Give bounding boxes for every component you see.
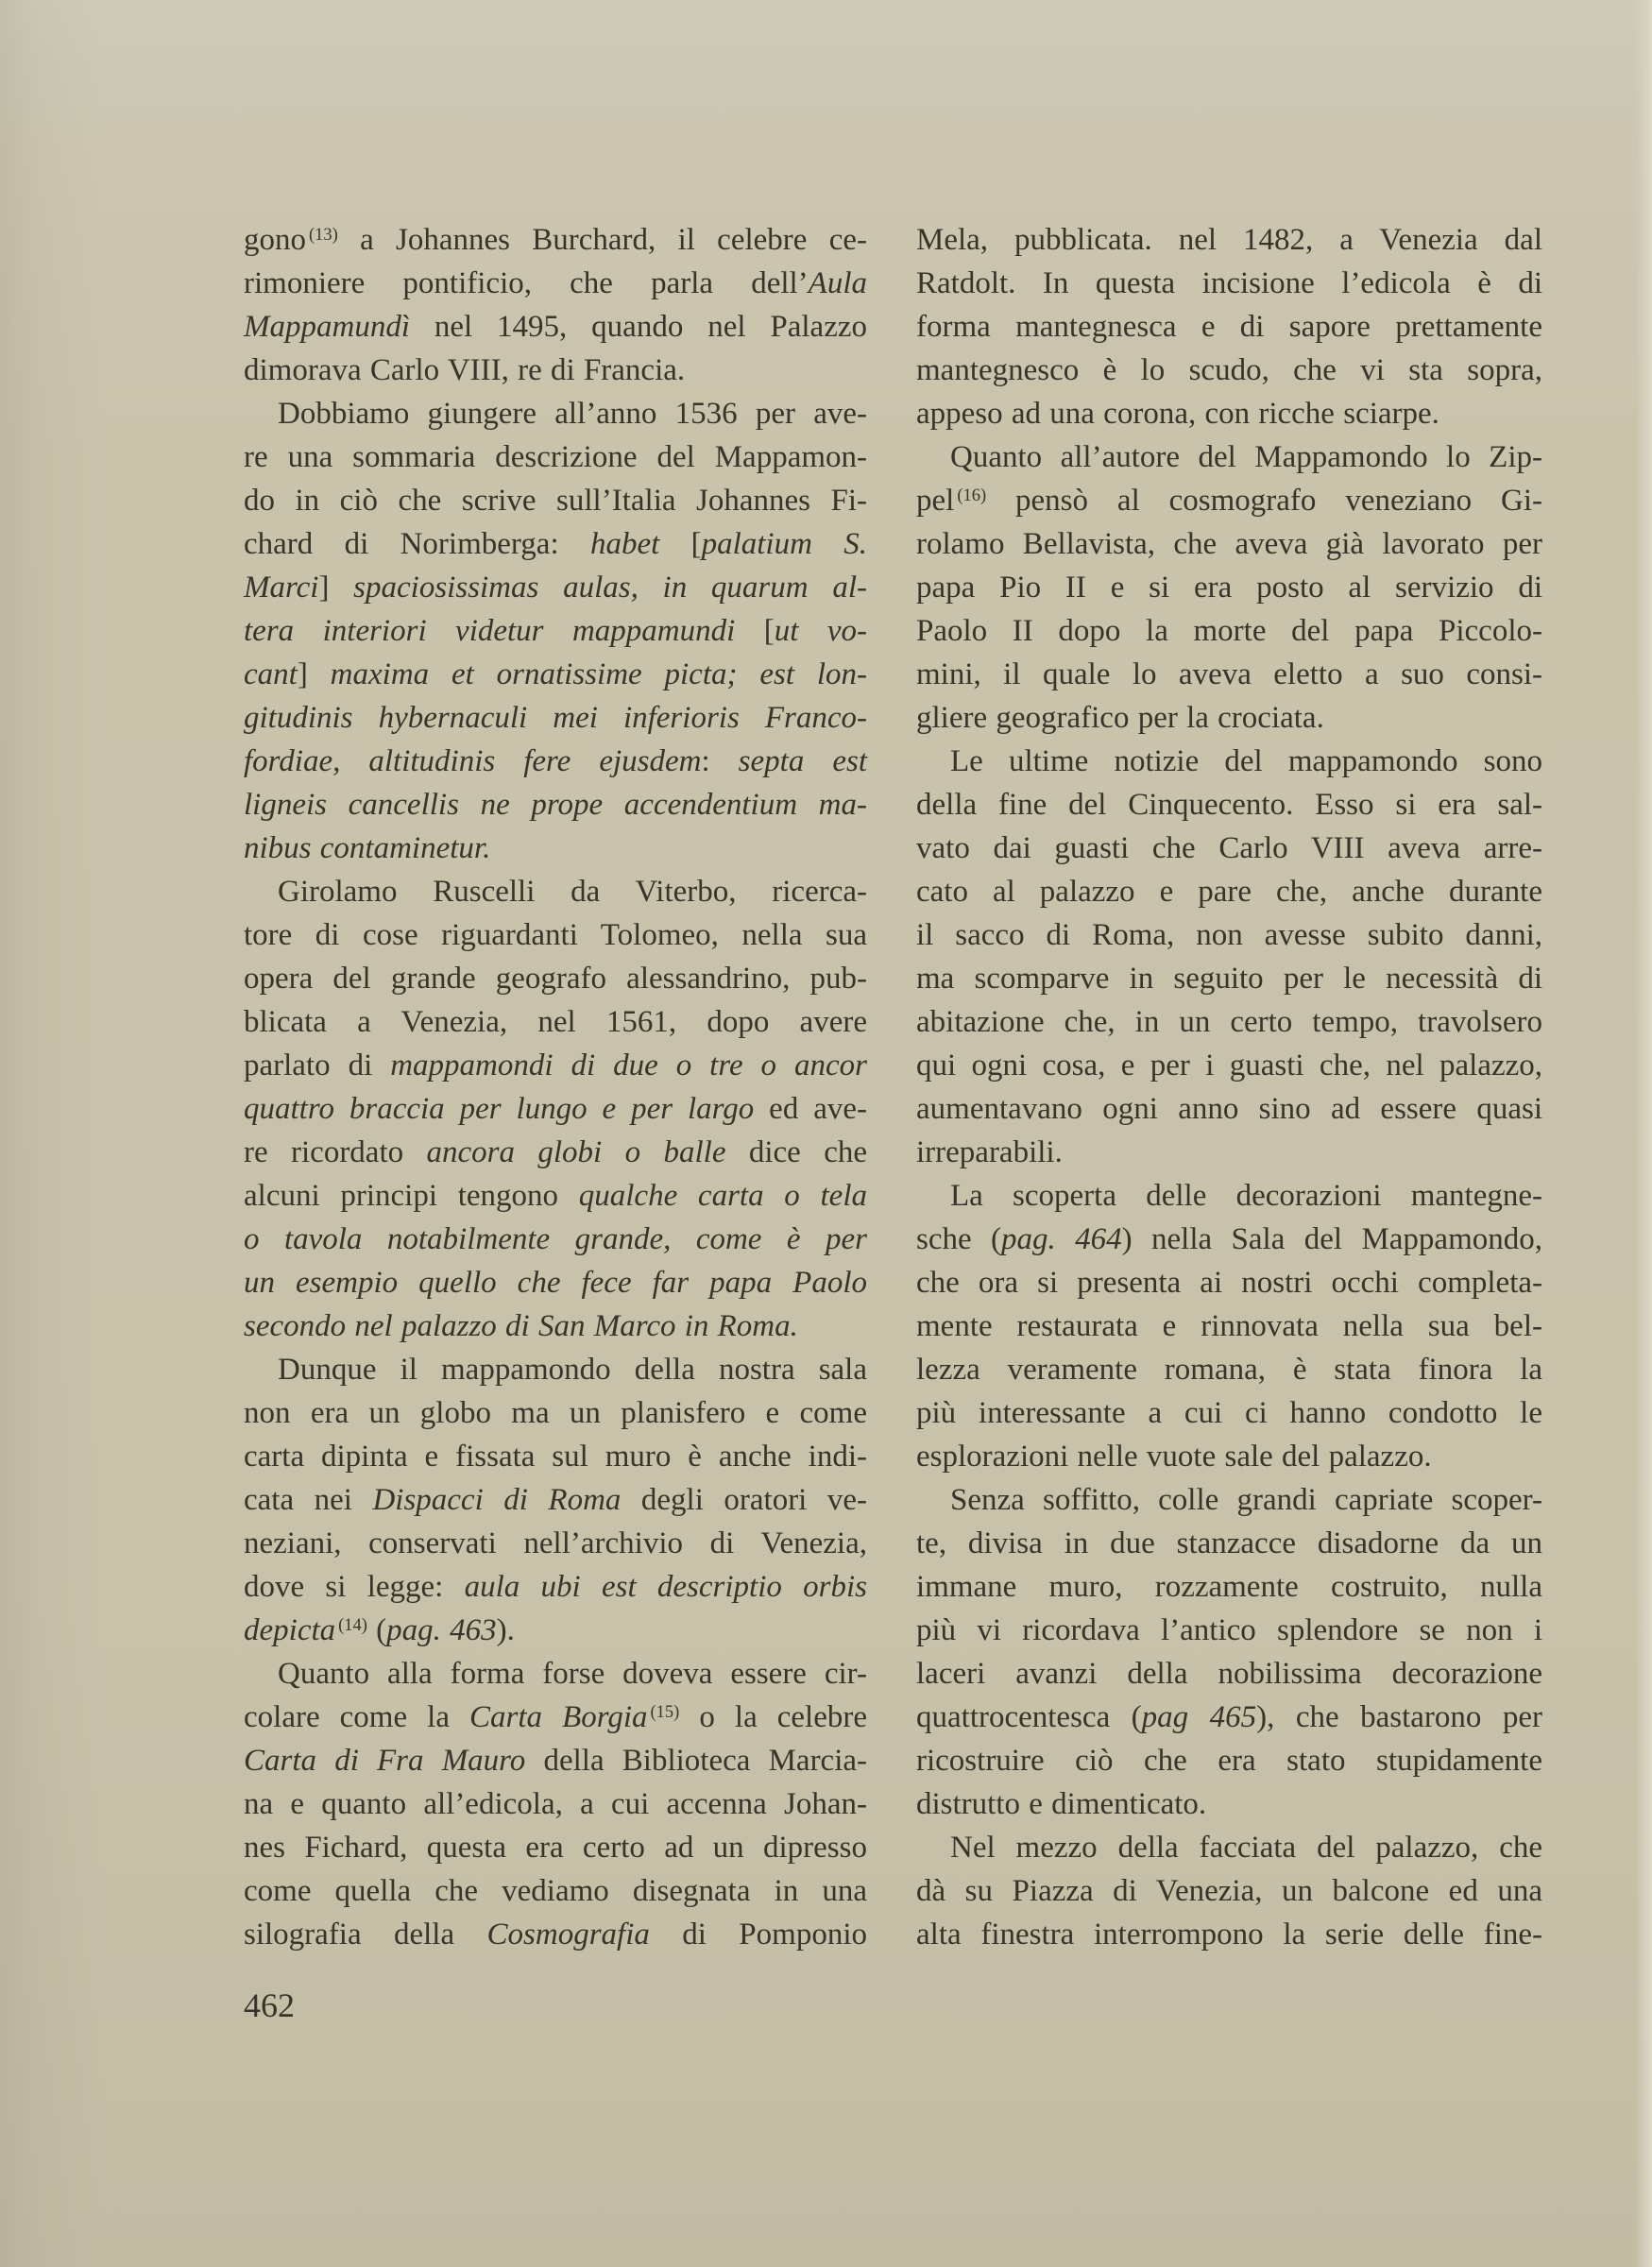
text-line: te, divisa in due stanzacce disadorne da… — [916, 1522, 1542, 1565]
body-text: lezza veramente romana, è stata finora l… — [916, 1353, 1542, 1387]
text-line: mente restaurata e rinnovata nella sua b… — [916, 1304, 1542, 1348]
body-text: re ricordato — [244, 1135, 427, 1169]
text-line: che ora si presenta ai nostri occhi comp… — [916, 1261, 1542, 1304]
text-line: Nel mezzo della facciata del palazzo, ch… — [916, 1826, 1542, 1869]
text-line: Quanto alla forma forse doveva essere ci… — [244, 1652, 867, 1696]
body-text: ). — [497, 1613, 515, 1647]
italic-text: Aula — [809, 266, 867, 300]
text-line: neziani, conservati nell’archivio di Ven… — [244, 1522, 867, 1565]
text-line: fordiae, altitudinis fere ejusdem: septa… — [244, 740, 867, 783]
body-text: neziani, conservati nell’archivio di Ven… — [244, 1526, 867, 1560]
italic-text: Carta di Fra Mauro — [244, 1744, 525, 1778]
italic-text: septa est — [739, 744, 867, 778]
text-line: carta dipinta e fissata sul muro è anche… — [244, 1435, 867, 1478]
italic-text: pag 465 — [1142, 1700, 1256, 1734]
body-text: cato al palazzo e pare che, anche durant… — [916, 875, 1542, 909]
text-line: cata nei Dispacci di Roma degli oratori … — [244, 1478, 867, 1522]
text-line: alta finestra interrompono la serie dell… — [916, 1913, 1542, 1956]
text-line: depicta(14) (pag. 463). — [244, 1609, 867, 1652]
text-line: re ricordato ancora globi o balle dice c… — [244, 1131, 867, 1174]
body-text: pel — [916, 484, 954, 518]
text-column-right: Mela, pubblicata. nel 1482, a Venezia da… — [916, 218, 1542, 1956]
italic-text: fordiae, altitudinis fere ejusdem — [244, 744, 701, 778]
body-text: ma scomparve in seguito per le necessità… — [916, 962, 1542, 996]
body-text: rolamo Bellavista, che aveva già lavorat… — [916, 527, 1542, 561]
body-text: dove si legge: — [244, 1570, 465, 1604]
body-text: dice che — [725, 1135, 867, 1169]
body-text: alta finestra interrompono la serie dell… — [916, 1918, 1542, 1952]
text-line: quattro braccia per lungo e per largo ed… — [244, 1087, 867, 1131]
body-text: tore di cose riguardanti Tolomeo, nella … — [244, 918, 867, 952]
text-line: tera interiori videtur mappamundi [ut vo… — [244, 609, 867, 653]
italic-text: Carta Borgia — [469, 1700, 648, 1734]
italic-text: cant — [244, 657, 298, 691]
body-text: ricostruire ciò che era stato stupidamen… — [916, 1744, 1542, 1778]
body-text: Ratdolt. In questa incisione l’edicola è… — [916, 266, 1542, 300]
text-line: non era un globo ma un planisfero e come — [244, 1391, 867, 1435]
body-text: ), che bastarono per — [1256, 1700, 1542, 1734]
text-line: quattrocentesca (pag 465), che bastarono… — [916, 1696, 1542, 1739]
text-line: na e quanto all’edicola, a cui accenna J… — [244, 1782, 867, 1826]
page-number: 462 — [244, 1984, 295, 2027]
text-line: dimorava Carlo VIII, re di Francia. — [244, 349, 867, 392]
text-line: papa Pio II e si era posto al servizio d… — [916, 566, 1542, 609]
body-text: immane muro, rozzamente costruito, nulla — [916, 1570, 1542, 1604]
footnote-marker: (14) — [338, 1615, 367, 1634]
text-line: La scoperta delle decorazioni mantegne- — [916, 1174, 1542, 1218]
body-text: a Johannes Burchard, il celebre ce- — [338, 223, 867, 257]
text-line: Senza soffitto, colle grandi capriate sc… — [916, 1478, 1542, 1522]
text-line: parlato di mappamondi di due o tre o anc… — [244, 1044, 867, 1087]
body-text: degli oratori ve- — [621, 1483, 867, 1517]
body-text: La scoperta delle decorazioni mantegne- — [950, 1179, 1542, 1213]
body-text: che ora si presenta ai nostri occhi comp… — [916, 1266, 1542, 1300]
body-text: Dobbiamo giungere all’anno 1536 per ave- — [278, 397, 867, 431]
text-line: ligneis cancellis ne prope accendentium … — [244, 783, 867, 827]
italic-text: Dispacci di Roma — [372, 1483, 621, 1517]
italic-text: mappamondi di due o tre o ancor — [390, 1048, 867, 1082]
body-text: Mela, pubblicata. nel 1482, a Venezia da… — [916, 223, 1542, 257]
text-line: blicata a Venezia, nel 1561, dopo avere — [244, 1000, 867, 1044]
body-text: più interessante a cui ci hanno condotto… — [916, 1396, 1542, 1430]
italic-text: qualche carta o tela — [579, 1179, 867, 1213]
italic-text: maxima et ornatissime picta; est lon- — [331, 657, 867, 691]
body-text: come quella che vediamo disegnata in una — [244, 1874, 867, 1908]
text-line: mini, il quale lo aveva eletto a suo con… — [916, 653, 1542, 696]
text-line: esplorazioni nelle vuote sale del palazz… — [916, 1435, 1542, 1478]
italic-text: un esempio quello che fece far papa Paol… — [244, 1266, 867, 1300]
body-text: na e quanto all’edicola, a cui accenna J… — [244, 1787, 867, 1821]
body-text: abitazione che, in un certo tempo, travo… — [916, 1005, 1542, 1039]
text-line: vato dai guasti che Carlo VIII aveva arr… — [916, 827, 1542, 870]
text-line: dove si legge: aula ubi est descriptio o… — [244, 1565, 867, 1609]
body-text: papa Pio II e si era posto al servizio d… — [916, 571, 1542, 605]
italic-text: spaciosissimas aulas, in quarum al- — [353, 571, 867, 605]
text-line: gliere geografico per la crociata. — [916, 696, 1542, 740]
body-text: aumentavano ogni anno sino ad essere qua… — [916, 1092, 1542, 1126]
body-text: alcuni principi tengono — [244, 1179, 579, 1213]
body-text: parlato di — [244, 1048, 390, 1082]
italic-text: gitudinis hybernaculi mei inferioris Fra… — [244, 701, 867, 735]
body-text: gliere geografico per la crociata. — [916, 701, 1324, 735]
italic-text: nibus contaminetur. — [244, 831, 490, 865]
text-line: della fine del Cinquecento. Esso si era … — [916, 783, 1542, 827]
text-line: ricostruire ciò che era stato stupidamen… — [916, 1739, 1542, 1782]
italic-text: aula ubi est descriptio orbis — [465, 1570, 867, 1604]
text-line: Quanto all’autore del Mappamondo lo Zip- — [916, 435, 1542, 479]
italic-text: ancora globi o balle — [427, 1135, 726, 1169]
body-text: nel 1495, quando nel Palazzo — [410, 310, 867, 344]
body-text: te, divisa in due stanzacce disadorne da… — [916, 1526, 1542, 1560]
body-text: ed ave- — [754, 1092, 867, 1126]
body-text: esplorazioni nelle vuote sale del palazz… — [916, 1440, 1432, 1474]
text-line: immane muro, rozzamente costruito, nulla — [916, 1565, 1542, 1609]
text-line: mantegnesco è lo scudo, che vi sta sopra… — [916, 349, 1542, 392]
body-text: sche ( — [916, 1222, 1001, 1256]
text-line: un esempio quello che fece far papa Paol… — [244, 1261, 867, 1304]
body-text: Girolamo Ruscelli da Viterbo, ricerca- — [278, 875, 867, 909]
body-text: rimoniere pontificio, che parla dell’ — [244, 266, 809, 300]
body-text: chard di Norimberga: — [244, 527, 590, 561]
text-line: Ratdolt. In questa incisione l’edicola è… — [916, 262, 1542, 305]
body-text: ) nella Sala del Mappamondo, — [1122, 1222, 1542, 1256]
body-text: [ — [659, 527, 701, 561]
text-line: rimoniere pontificio, che parla dell’Aul… — [244, 262, 867, 305]
text-line: tore di cose riguardanti Tolomeo, nella … — [244, 913, 867, 957]
text-line: colare come la Carta Borgia(15) o la cel… — [244, 1696, 867, 1739]
text-line: irreparabili. — [916, 1131, 1542, 1174]
body-text: re una sommaria descrizione del Mappamon… — [244, 440, 867, 474]
body-text: dà su Piazza di Venezia, un balcone ed u… — [916, 1874, 1542, 1908]
italic-text: ut vo- — [775, 614, 867, 648]
body-text: forma mantegnesca e di sapore prettament… — [916, 310, 1542, 344]
text-line: opera del grande geografo alessandrino, … — [244, 957, 867, 1000]
text-line: Mappamundì nel 1495, quando nel Palazzo — [244, 305, 867, 349]
text-line: aumentavano ogni anno sino ad essere qua… — [916, 1087, 1542, 1131]
text-line: do in ciò che scrive sull’Italia Johanne… — [244, 479, 867, 522]
text-line: come quella che vediamo disegnata in una — [244, 1869, 867, 1913]
text-line: Girolamo Ruscelli da Viterbo, ricerca- — [244, 870, 867, 913]
text-line: Dunque il mappamondo della nostra sala — [244, 1348, 867, 1391]
text-line: pel(16) pensò al cosmografo veneziano Gi… — [916, 479, 1542, 522]
italic-text: Cosmografia — [487, 1918, 650, 1952]
text-line: il sacco di Roma, non avesse subito dann… — [916, 913, 1542, 957]
italic-text: tera interiori videtur mappamundi — [244, 614, 735, 648]
body-text: più vi ricordava l’antico splendore se n… — [916, 1613, 1542, 1647]
text-line: distrutto e dimenticato. — [916, 1782, 1542, 1826]
body-text: do in ciò che scrive sull’Italia Johanne… — [244, 484, 867, 518]
text-line: nes Fichard, questa era certo ad un dipr… — [244, 1826, 867, 1869]
text-line: dà su Piazza di Venezia, un balcone ed u… — [916, 1869, 1542, 1913]
italic-text: ligneis cancellis ne prope accendentium … — [244, 788, 867, 822]
text-line: più vi ricordava l’antico splendore se n… — [916, 1609, 1542, 1652]
italic-text: secondo nel palazzo di San Marco in Roma… — [244, 1309, 798, 1343]
text-line: Mela, pubblicata. nel 1482, a Venezia da… — [916, 218, 1542, 262]
body-text: Quanto alla forma forse doveva essere ci… — [278, 1657, 867, 1691]
text-line: gitudinis hybernaculi mei inferioris Fra… — [244, 696, 867, 740]
text-line: gono(13) a Johannes Burchard, il celebre… — [244, 218, 867, 262]
text-line: secondo nel palazzo di San Marco in Roma… — [244, 1304, 867, 1348]
text-column-left: gono(13) a Johannes Burchard, il celebre… — [244, 218, 867, 1956]
italic-text: depicta — [244, 1613, 335, 1647]
body-text: opera del grande geografo alessandrino, … — [244, 962, 867, 996]
body-text: Senza soffitto, colle grandi capriate sc… — [950, 1483, 1542, 1517]
body-text: Quanto all’autore del Mappamondo lo Zip- — [950, 440, 1542, 474]
body-text: mini, il quale lo aveva eletto a suo con… — [916, 657, 1542, 691]
text-line: abitazione che, in un certo tempo, travo… — [916, 1000, 1542, 1044]
body-text: quattrocentesca ( — [916, 1700, 1142, 1734]
footnote-marker: (15) — [651, 1702, 680, 1721]
italic-text: pag. 464 — [1001, 1222, 1122, 1256]
body-text: Dunque il mappamondo della nostra sala — [278, 1353, 867, 1387]
text-line: o tavola notabilmente grande, come è per — [244, 1218, 867, 1261]
italic-text: pag. 463 — [386, 1613, 497, 1647]
body-text: distrutto e dimenticato. — [916, 1787, 1206, 1821]
body-text: Le ultime notizie del mappamondo sono — [950, 744, 1542, 778]
text-line: Dobbiamo giungere all’anno 1536 per ave- — [244, 392, 867, 435]
text-line: Carta di Fra Mauro della Biblioteca Marc… — [244, 1739, 867, 1782]
text-line: Marci] spaciosissimas aulas, in quarum a… — [244, 566, 867, 609]
text-line: Le ultime notizie del mappamondo sono — [916, 740, 1542, 783]
body-text: laceri avanzi della nobilissima decorazi… — [916, 1657, 1542, 1691]
body-text: di Pomponio — [650, 1918, 867, 1952]
text-line: alcuni principi tengono qualche carta o … — [244, 1174, 867, 1218]
body-text: mente restaurata e rinnovata nella sua b… — [916, 1309, 1542, 1343]
body-text: : — [701, 744, 738, 778]
book-page: gono(13) a Johannes Burchard, il celebre… — [0, 0, 1652, 2267]
text-line: forma mantegnesca e di sapore prettament… — [916, 305, 1542, 349]
body-text: gono — [244, 223, 306, 257]
body-text: [ — [735, 614, 774, 648]
text-line: sche (pag. 464) nella Sala del Mappamond… — [916, 1218, 1542, 1261]
italic-text: Mappamundì — [244, 310, 410, 344]
text-line: chard di Norimberga: habet [palatium S. — [244, 522, 867, 566]
body-text: cata nei — [244, 1483, 372, 1517]
body-text: pensò al cosmografo veneziano Gi- — [986, 484, 1542, 518]
body-text: Nel mezzo della facciata del palazzo, ch… — [950, 1831, 1542, 1865]
body-text: non era un globo ma un planisfero e come — [244, 1396, 867, 1430]
text-line: più interessante a cui ci hanno condotto… — [916, 1391, 1542, 1435]
body-text: ] — [318, 571, 353, 605]
text-line: Paolo II dopo la morte del papa Piccolo- — [916, 609, 1542, 653]
footnote-marker: (16) — [957, 486, 986, 504]
text-line: rolamo Bellavista, che aveva già lavorat… — [916, 522, 1542, 566]
body-text: carta dipinta e fissata sul muro è anche… — [244, 1440, 867, 1474]
body-text: nes Fichard, questa era certo ad un dipr… — [244, 1831, 867, 1865]
body-text: appeso ad una corona, con ricche sciarpe… — [916, 397, 1439, 431]
italic-text: Marci — [244, 571, 318, 605]
body-text: o la celebre — [679, 1700, 867, 1734]
footnote-marker: (13) — [309, 225, 338, 244]
body-text: vato dai guasti che Carlo VIII aveva arr… — [916, 831, 1542, 865]
italic-text: o tavola notabilmente grande, come è per — [244, 1222, 867, 1256]
body-text: il sacco di Roma, non avesse subito dann… — [916, 918, 1542, 952]
body-text: della Biblioteca Marcia- — [525, 1744, 867, 1778]
text-line: re una sommaria descrizione del Mappamon… — [244, 435, 867, 479]
text-line: ma scomparve in seguito per le necessità… — [916, 957, 1542, 1000]
text-line: lezza veramente romana, è stata finora l… — [916, 1348, 1542, 1391]
body-text: ( — [367, 1613, 386, 1647]
italic-text: palatium S. — [702, 527, 867, 561]
body-text: Paolo II dopo la morte del papa Piccolo- — [916, 614, 1542, 648]
text-line: appeso ad una corona, con ricche sciarpe… — [916, 392, 1542, 435]
body-text: qui ogni cosa, e per i guasti che, nel p… — [916, 1048, 1542, 1082]
body-text: della fine del Cinquecento. Esso si era … — [916, 788, 1542, 822]
text-line: nibus contaminetur. — [244, 827, 867, 870]
body-text: silografia della — [244, 1918, 487, 1952]
body-text: irreparabili. — [916, 1135, 1063, 1169]
body-text: mantegnesco è lo scudo, che vi sta sopra… — [916, 353, 1542, 387]
body-text: blicata a Venezia, nel 1561, dopo avere — [244, 1005, 867, 1039]
text-line: cant] maxima et ornatissime picta; est l… — [244, 653, 867, 696]
italic-text: quattro braccia per lungo e per largo — [244, 1092, 754, 1126]
text-line: cato al palazzo e pare che, anche durant… — [916, 870, 1542, 913]
body-text: dimorava Carlo VIII, re di Francia. — [244, 353, 685, 387]
body-text: colare come la — [244, 1700, 469, 1734]
text-line: qui ogni cosa, e per i guasti che, nel p… — [916, 1044, 1542, 1087]
italic-text: habet — [590, 527, 659, 561]
text-line: silografia della Cosmografia di Pomponio — [244, 1913, 867, 1956]
text-line: laceri avanzi della nobilissima decorazi… — [916, 1652, 1542, 1696]
body-text: ] — [298, 657, 331, 691]
